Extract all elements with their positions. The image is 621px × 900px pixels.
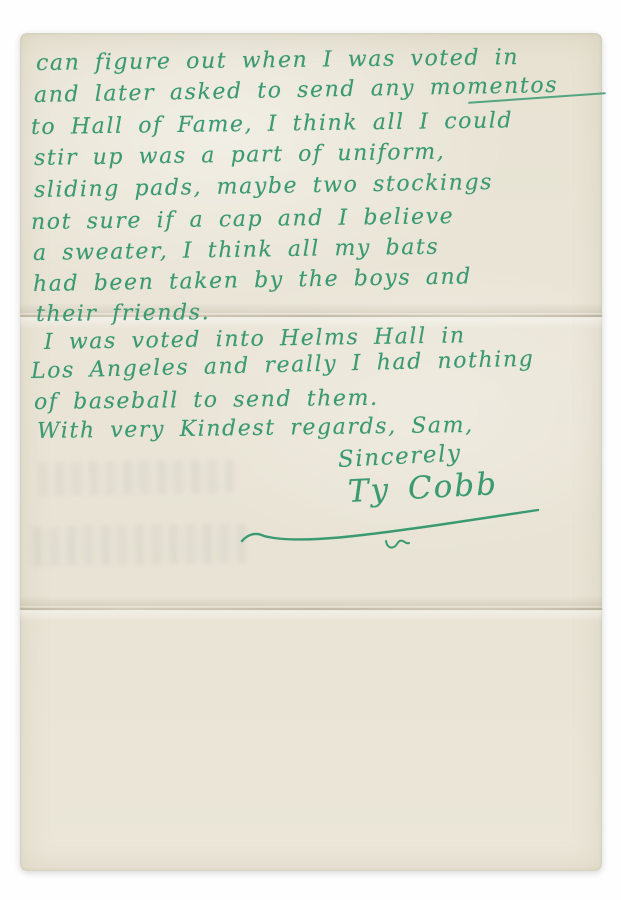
letter-line: With very Kindest regards, Sam, [37, 413, 474, 444]
letter-line: can figure out when I was voted in [36, 45, 519, 76]
photo-background: can figure out when I was voted in and l… [0, 0, 621, 900]
ink-bleedthrough-lower [28, 523, 247, 567]
letter-line: had been taken by the boys and [33, 264, 472, 297]
letter-line: to Hall of Fame, I think all I could [31, 108, 513, 140]
letter-line: not sure if a cap and I believe [31, 204, 455, 235]
crease-highlight [20, 610, 602, 622]
signature-flourish [238, 501, 548, 563]
crease-shadow [20, 596, 602, 606]
fold-crease-lower [20, 604, 602, 614]
letter-line: sliding pads, maybe two stockings [34, 170, 493, 203]
letter-line: their friends. [36, 300, 210, 327]
letter-line: a sweater, I think all my bats [33, 235, 440, 266]
letter-line: stir up was a part of uniform, [34, 140, 446, 171]
letter-paper: can figure out when I was voted in and l… [20, 33, 602, 871]
ink-bleedthrough-upper [38, 459, 235, 496]
letter-line: of baseball to send them. [34, 386, 379, 415]
